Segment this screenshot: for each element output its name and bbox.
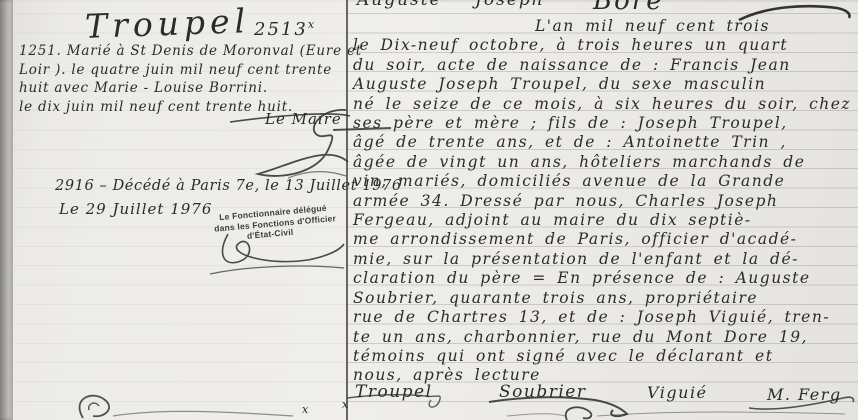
act-line: né le seize de ce mois, à six heures du …: [353, 95, 851, 114]
act-line: Auguste Joseph Troupel, du sexe masculin: [353, 75, 851, 94]
act-line: vin, mariés, domiciliés avenue de la Gra…: [353, 172, 851, 191]
act-number-mark: x: [308, 18, 316, 31]
act-line: L'an mil neuf cent trois: [353, 17, 851, 36]
signature-witness-2: Viguié: [647, 383, 708, 402]
bottom-x-mark-left: x: [302, 403, 308, 416]
act-line: rue de Chartres 13, et de : Joseph Vigui…: [353, 308, 851, 327]
next-entry-partial-letter: [53, 388, 313, 420]
margin-surname-header: Troupel: [84, 1, 250, 46]
act-text: L'an mil neuf cent trois le Dix-neuf oct…: [353, 17, 851, 386]
act-line: témoins qui ont signé avec le déclarant …: [353, 347, 851, 366]
mayor-label: Le Maire: [265, 110, 342, 128]
act-number: 2513x: [254, 18, 316, 40]
act-line: armée 34. Dressé par nous, Charles Josep…: [353, 192, 851, 211]
act-number-value: 2513: [254, 19, 308, 40]
officer-delegate-stamp: Le Fonctionnaire délégué dans les Foncti…: [219, 202, 339, 244]
signature-witness-1: Soubrier: [499, 382, 586, 402]
left-margin-column: Troupel 2513x 1251. Marié à St Denis de …: [13, 0, 347, 420]
marriage-note-line: huit avec Marie - Louise Borrini.: [19, 79, 362, 98]
marriage-margin-note: 1251. Marié à St Denis de Moronval (Eure…: [19, 42, 362, 116]
marriage-note-line: Loir ). le quatre juin mil neuf cent tre…: [19, 61, 362, 80]
act-line: mie, sur la présentation de l'enfant et …: [353, 250, 851, 269]
signature-declarant: Troupel: [355, 382, 433, 402]
act-line: ses père et mère ; fils de : Joseph Trou…: [353, 114, 851, 133]
act-header-clipped-name: Boré: [593, 0, 664, 16]
act-line: du soir, acte de naissance de : Francis …: [353, 56, 851, 75]
book-binding-edge: [0, 0, 13, 420]
decease-margin-note-line2: Le 29 Juillet 1976: [59, 200, 212, 218]
act-line: claration du père = En présence de : Aug…: [353, 269, 851, 288]
act-line: âgée de vingt un ans, hôteliers marchand…: [353, 153, 851, 172]
act-line: me arrondissement de Paris, officier d'a…: [353, 230, 851, 249]
act-line: Soubrier, quarante trois ans, propriétai…: [353, 289, 851, 308]
act-line: te un ans, charbonnier, rue du Mont Dore…: [353, 328, 851, 347]
act-header-clipped-text: Auguste Joseph: [357, 0, 545, 10]
bottom-x-mark-right: x: [342, 398, 348, 411]
next-act-partial-flourish: [507, 404, 847, 420]
act-line: Fergeau, adjoint au maire du dix septiè-: [353, 211, 851, 230]
act-line: le Dix-neuf octobre, à trois heures un q…: [353, 36, 851, 55]
marriage-note-line: 1251. Marié à St Denis de Moronval (Eure…: [19, 42, 362, 61]
act-line: âgé de trente ans, et de : Antoinette Tr…: [353, 133, 851, 152]
act-column: Auguste Joseph Boré L'an mil neuf cent t…: [347, 0, 858, 420]
registry-scan: Troupel 2513x 1251. Marié à St Denis de …: [0, 0, 858, 420]
signature-officer: M. Ferg: [767, 385, 842, 404]
